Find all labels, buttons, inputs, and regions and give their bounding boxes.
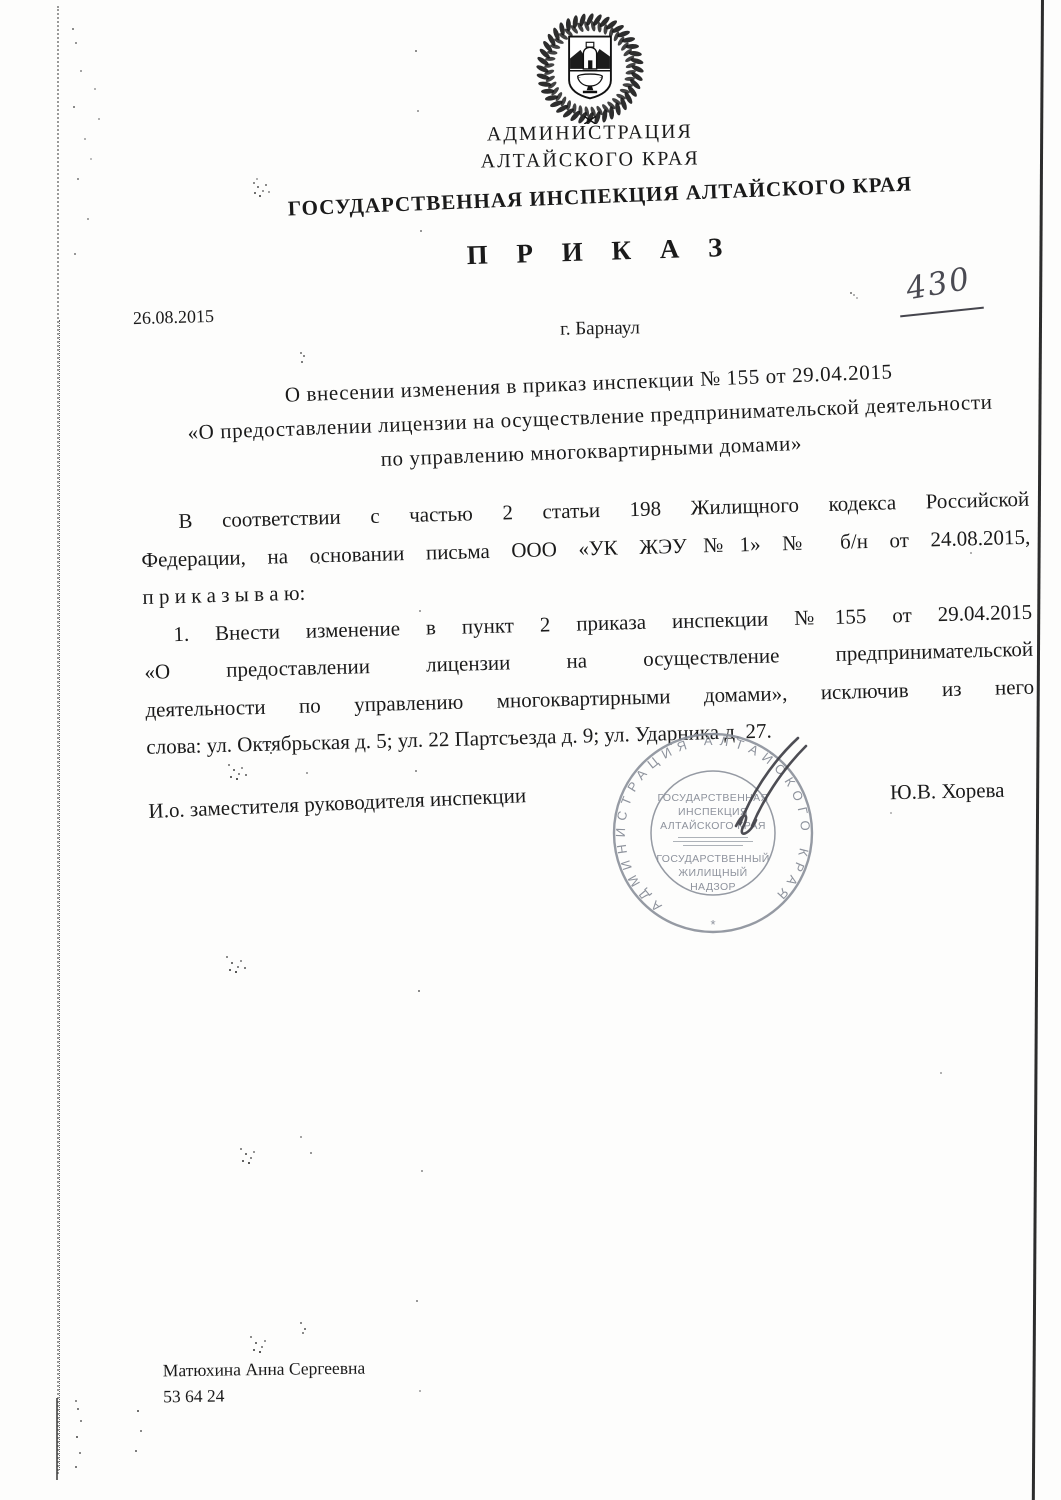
scan-speckles [253,182,255,184]
stamp-center-line2: ИНСПЕКЦИЯ [678,806,748,818]
coat-of-arms-icon [533,10,647,124]
stamp-ring-text: АДМИНИСТРАЦИЯ АЛТАЙСКОГО КРАЯ [602,722,824,944]
scan-speckles [300,352,302,354]
scan-speckles [415,50,417,52]
executor-block: Матюхина Анна Сергеевна 53 64 24 [163,1355,366,1410]
signatory-position: И.о. заместителя руководителя инспекции [148,783,527,824]
document-type-heading: П Р И К А З [390,229,811,273]
document-title: О внесении изменения в приказ инспекции … [88,347,1061,487]
stamp-center-line4: ГОСУДАРСТВЕННЫЙ [656,852,769,865]
scan-edge-right-line [1032,0,1044,1500]
issuing-authority: ГОСУДАРСТВЕННАЯ ИНСПЕКЦИЯ АЛТАЙСКОГО КРА… [240,170,960,224]
scan-speckles [228,764,230,766]
executor-name: Матюхина Анна Сергеевна [163,1355,366,1384]
scan-edge-left-dots2 [59,320,60,1470]
handwritten-doc-number: 430 [903,261,973,308]
scan-speckles [850,292,852,294]
org-name: АДМИНИСТРАЦИЯ АЛТАЙСКОГО КРАЯ [340,117,841,178]
scanned-order-document: АДМИНИСТРАЦИЯ АЛТАЙСКОГО КРАЯ ГОСУДАРСТВ… [0,0,1061,1500]
executor-phone: 53 64 24 [163,1381,366,1410]
scan-speckles [240,1148,242,1150]
stamp-center-line6: НАДЗОР [690,881,736,893]
scan-speckles [75,1400,77,1402]
handwritten-number-underline [900,307,984,318]
official-stamp: АДМИНИСТРАЦИЯ АЛТАЙСКОГО КРАЯ * ГОСУДАРС… [602,722,824,944]
document-body: В соответствии с частью 2 статьи 198 Жил… [140,481,1036,767]
scan-speckles [72,28,74,30]
document-city: г. Барнаул [400,315,800,344]
stamp-separator-star: * [710,917,715,932]
scan-speckles [250,1336,252,1338]
scan-edge-left-solid [56,1398,58,1480]
scan-speckles [226,956,228,958]
org-name-line2: АЛТАЙСКОГО КРАЯ [340,144,840,178]
signatory-name: Ю.В. Хорева [890,778,1005,805]
document-date: 26.08.2015 [133,306,215,329]
stamp-center-line5: ЖИЛИЩНЫЙ [678,866,747,879]
